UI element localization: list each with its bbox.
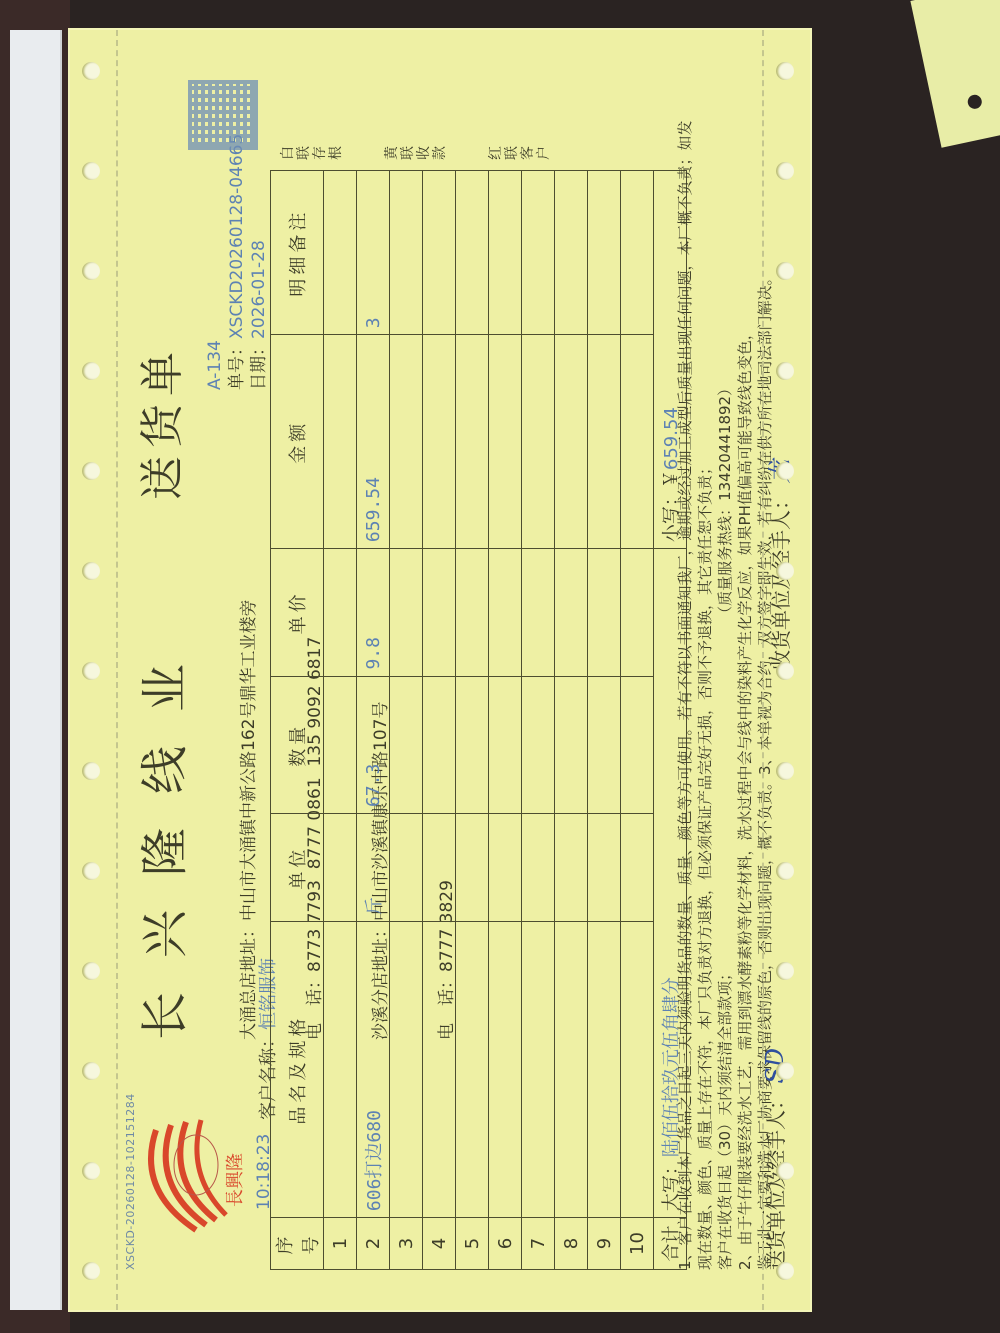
perforation-hole (776, 362, 794, 380)
row-name (324, 922, 357, 1218)
delivery-receipt: XSCKD-20260128-102151284 長興隆 长兴隆线业 送货单 大… (70, 30, 810, 1310)
date-label: 日期： (249, 339, 269, 390)
items-table: 序号 品名及规格 单位 数量 单价 金额 明细备注 1 2606打边680斤67… (270, 170, 687, 1270)
row-no: 1 (324, 1218, 357, 1270)
perforation-hole (82, 362, 100, 380)
copy-label-yellow: 黄联收款 (384, 144, 448, 160)
perforation-hole (966, 94, 983, 111)
order-number: XSCKD20260128-04665 (227, 134, 247, 339)
receipt-header: XSCKD-20260128-102151284 長興隆 长兴隆线业 送货单 大… (126, 70, 276, 1270)
order-date: 2026-01-28 (249, 240, 269, 339)
row-name: 606打边680 (357, 922, 390, 1218)
table-row: 2606打边680斤67.39.8659.543 (357, 171, 390, 1270)
row-no: 4 (423, 1218, 456, 1270)
table-row: 3 (390, 171, 423, 1270)
terms-line: 客户在收货日起（30）天内须结清全部款项； （质量服务热线：1342044189… (715, 120, 735, 1270)
perforation-hole (82, 62, 100, 80)
row-qty (324, 676, 357, 814)
row-no: 9 (588, 1218, 621, 1270)
table-row: 4 (423, 171, 456, 1270)
row-amount (324, 335, 357, 549)
order-number-label: 单号： (227, 339, 247, 390)
svg-text:長興隆: 長興隆 (225, 1153, 246, 1207)
perforation-hole (776, 62, 794, 80)
row-note: 3 (357, 171, 390, 335)
perforation-hole (82, 562, 100, 580)
row-unit: 斤 (357, 814, 390, 922)
perforated-strip-top (70, 30, 118, 1310)
header-no: 序号 (271, 1218, 324, 1270)
company-logo-icon: 長興隆 (126, 1110, 246, 1250)
receipt-photo: XSCKD-20260128-102151284 長興隆 长兴隆线业 送货单 大… (60, 20, 820, 1320)
row-price: 9.8 (357, 549, 390, 676)
perforation-hole (82, 162, 100, 180)
perforated-strip-bottom (762, 30, 810, 1310)
perforation-hole (82, 462, 100, 480)
perforation-hole (776, 1262, 794, 1280)
perforation-hole (776, 762, 794, 780)
order-info: A-134 单号：XSCKD20260128-04665 日期：2026-01-… (204, 134, 270, 390)
row-no: 6 (489, 1218, 522, 1270)
row-price (324, 549, 357, 676)
copy-label-white: 白联存根 (280, 144, 344, 160)
terms-line: 2、由于牛仔服装要经洗水工艺，需用到漂水酵素粉等化学材料，洗水过程中会与线中的染… (735, 120, 755, 1270)
perforation-hole (82, 862, 100, 880)
company-name: 长兴隆线业 (126, 630, 195, 1040)
header-price: 单价 (271, 549, 324, 676)
table-row: 7 (522, 171, 555, 1270)
perforation-hole (776, 962, 794, 980)
row-unit (324, 814, 357, 922)
perforation-hole (776, 162, 794, 180)
copy-label-red: 红联客户 (488, 144, 552, 160)
row-no: 8 (555, 1218, 588, 1270)
row-no: 2 (357, 1218, 390, 1270)
perforation-hole (776, 562, 794, 580)
table-header-row: 序号 品名及规格 单位 数量 单价 金额 明细备注 (271, 171, 324, 1270)
row-amount: 659.54 (357, 335, 390, 549)
perforation-hole (82, 662, 100, 680)
header-amount: 金额 (271, 335, 324, 549)
table-row: 8 (555, 171, 588, 1270)
row-no: 5 (456, 1218, 489, 1270)
row-qty: 67.3 (357, 676, 390, 814)
row-note (324, 171, 357, 335)
perforation-hole (776, 862, 794, 880)
perforation-hole (776, 662, 794, 680)
background-other-receipt (910, 0, 1000, 148)
perforation-hole (776, 462, 794, 480)
perforation-hole (82, 1262, 100, 1280)
perforation-hole (776, 1162, 794, 1180)
header-unit: 单位 (271, 814, 324, 922)
qr-code-icon (188, 80, 258, 150)
perforation-hole (82, 962, 100, 980)
stamp-code: A-134 (205, 340, 225, 390)
header-name: 品名及规格 (271, 922, 324, 1218)
table-row: 10 (621, 171, 654, 1270)
table-row: 5 (456, 171, 489, 1270)
table-row: 1 (324, 171, 357, 1270)
header-qty: 数量 (271, 676, 324, 814)
row-no: 10 (621, 1218, 654, 1270)
perforation-hole (82, 1162, 100, 1180)
copy-labels: 白联存根 黄联收款 红联客户 (280, 144, 592, 160)
perforation-hole (82, 762, 100, 780)
perforation-hole (776, 1062, 794, 1080)
perforation-hole (776, 262, 794, 280)
terms-line: 1、客户在收到本厂货品之日起三天内须验明货品的数量、质量、颜色等方可使用。若有不… (675, 120, 715, 1270)
header-note: 明细备注 (271, 171, 324, 335)
row-no: 7 (522, 1218, 555, 1270)
perforation-hole (82, 262, 100, 280)
table-row: 6 (489, 171, 522, 1270)
background-paper-stack (10, 30, 62, 1310)
perforation-hole (82, 1062, 100, 1080)
row-no: 3 (390, 1218, 423, 1270)
document-title: 送货单 (126, 344, 190, 500)
table-row: 9 (588, 171, 621, 1270)
